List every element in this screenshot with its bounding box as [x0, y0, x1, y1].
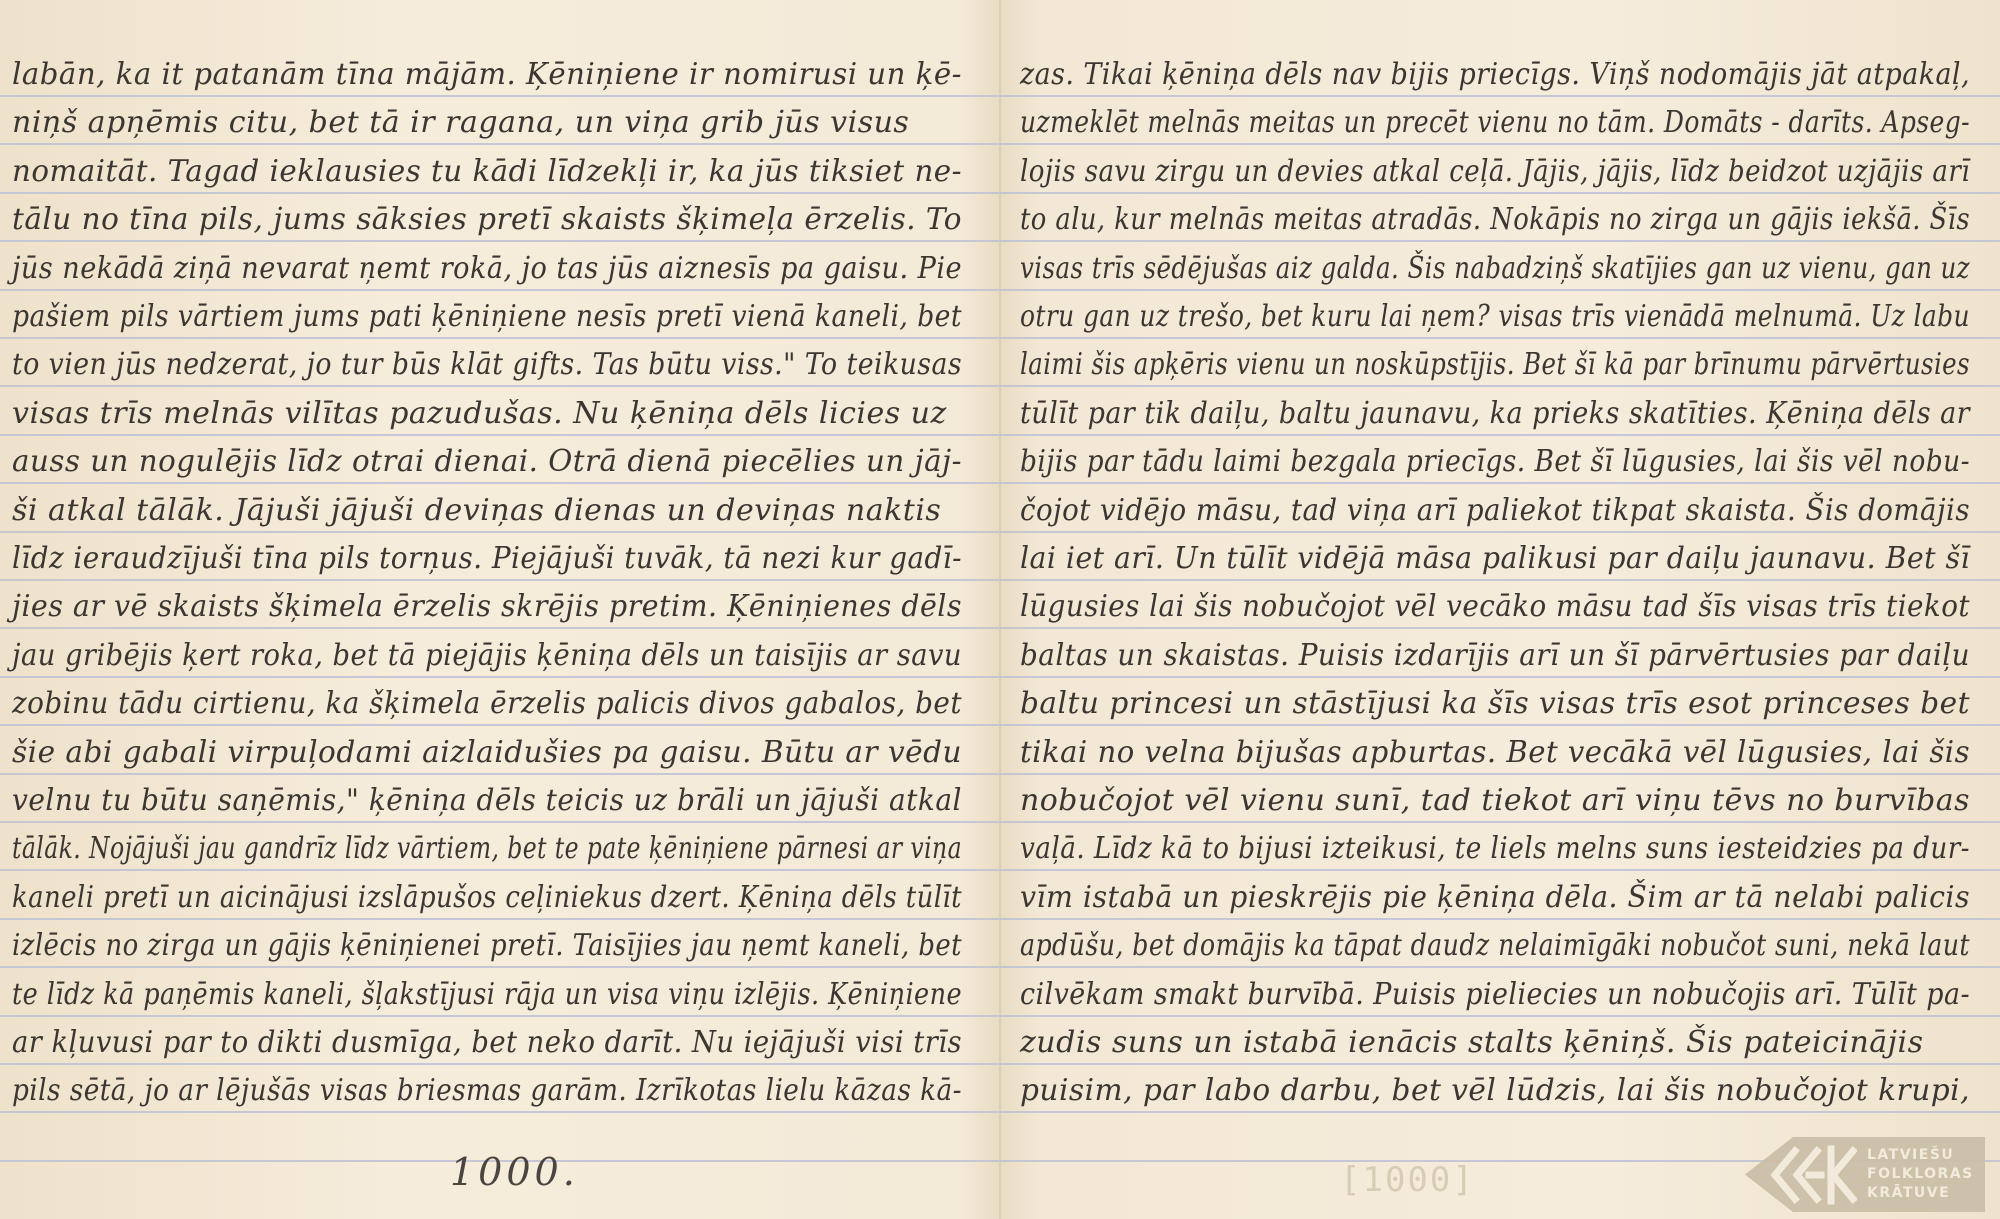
handwritten-line: čojot vidējo māsu, tad viņa arī paliekot…: [1000, 489, 1980, 533]
handwritten-line: bijis par tādu laimi bezgala priecīgs. B…: [1000, 440, 1980, 484]
handwritten-line: baltu princesi un stāstījusi ka šīs visa…: [1000, 682, 1980, 726]
handwritten-line: līdz ieraudzījuši tīna pils torņus. Piej…: [0, 537, 972, 581]
right-page: zas. Tikai ķēniņa dēls nav bijis priecīg…: [1000, 0, 2000, 1219]
line-text: niņš apņēmis citu, bet tā ir ragana, un …: [12, 101, 909, 145]
handwritten-line: to alu, kur melnās meitas atradās. Nokāp…: [1000, 198, 1980, 242]
handwritten-line: pašiem pils vārtiem jums pati ķēniņiene …: [0, 295, 972, 339]
line-text: visas trīs melnās vilītas pazudušas. Nu …: [12, 392, 947, 436]
page-number: 1000.: [450, 1150, 579, 1194]
line-text: jau gribējis ķert roka, bet tā piejājis …: [12, 634, 962, 678]
handwritten-line: tālu no tīna pils, jums sāksies pretī sk…: [0, 198, 972, 242]
lfk-watermark-logo: LATVIEŠU FOLKLORAS KRĀTUVE: [1745, 1137, 1985, 1212]
handwritten-line: jau gribējis ķert roka, bet tā piejājis …: [0, 634, 972, 678]
handwritten-line: otru gan uz trešo, bet kuru lai ņem? vis…: [1000, 295, 1980, 339]
line-text: te līdz kā paņēmis kaneli, šļakstījusi r…: [12, 973, 962, 1017]
handwritten-line: zas. Tikai ķēniņa dēls nav bijis priecīg…: [1000, 53, 1980, 97]
line-text: ar kļuvusi par to dikti dusmīga, bet nek…: [12, 1021, 962, 1065]
line-text: čojot vidējo māsu, tad viņa arī paliekot…: [1020, 489, 1970, 533]
line-text: labān, ka it patanām tīna mājām. Ķēniņie…: [12, 53, 962, 97]
lfk-logo-icon: [1765, 1145, 1857, 1205]
handwritten-line: izlēcis no zirga un gājis ķēniņienei pre…: [0, 924, 972, 968]
line-text: visas trīs sēdējušas aiz galda. Šis naba…: [1020, 247, 1970, 291]
handwritten-line: tālāk. Nojājuši jau gandrīz līdz vārtiem…: [0, 827, 972, 871]
handwritten-line: jūs nekādā ziņā nevarat ņemt rokā, jo ta…: [0, 247, 972, 291]
line-text: vīm istabā un pieskrējis pie ķēniņa dēla…: [1020, 876, 1970, 920]
handwritten-line: ši atkal tālāk. Jājuši jājuši deviņas di…: [0, 489, 972, 533]
handwritten-line: šie abi gabali virpuļodami aizlaidušies …: [0, 731, 972, 775]
line-text: izlēcis no zirga un gājis ķēniņienei pre…: [12, 924, 962, 968]
line-text: lūgusies lai šis nobučojot vēl vecāko mā…: [1020, 585, 1970, 629]
handwritten-line: te līdz kā paņēmis kaneli, šļakstījusi r…: [0, 973, 972, 1017]
line-text: baltu princesi un stāstījusi ka šīs visa…: [1020, 682, 1970, 726]
line-text: zudis suns un istabā ienācis stalts ķēni…: [1020, 1021, 1923, 1065]
handwritten-line: labān, ka it patanām tīna mājām. Ķēniņie…: [0, 53, 972, 97]
handwritten-line: tikai no velna bijušas apburtas. Bet vec…: [1000, 731, 1980, 775]
handwritten-line: pils sētā, jo ar lējušās visas briesmas …: [0, 1069, 972, 1113]
line-text: tikai no velna bijušas apburtas. Bet vec…: [1020, 731, 1970, 775]
logo-text-line3: KRĀTUVE: [1867, 1184, 1974, 1203]
handwritten-line: puisim, par labo darbu, bet vēl lūdzis, …: [1000, 1069, 1980, 1113]
line-text: otru gan uz trešo, bet kuru lai ņem? vis…: [1020, 295, 1970, 339]
line-text: jūs nekādā ziņā nevarat ņemt rokā, jo ta…: [12, 247, 962, 291]
line-text: šie abi gabali virpuļodami aizlaidušies …: [12, 731, 962, 775]
handwritten-line: to vien jūs nedzerat, jo tur būs klāt gi…: [0, 343, 972, 387]
line-text: tālāk. Nojājuši jau gandrīz līdz vārtiem…: [12, 827, 962, 871]
handwritten-line: visas trīs sēdējušas aiz galda. Šis naba…: [1000, 247, 1980, 291]
line-text: vaļā. Līdz kā to bijusi izteikusi, te li…: [1020, 827, 1970, 871]
handwritten-line: vīm istabā un pieskrējis pie ķēniņa dēla…: [1000, 876, 1980, 920]
handwritten-line: apdūšu, bet domājis ka tāpat daudz nelai…: [1000, 924, 1980, 968]
line-text: jies ar vē skaists šķimela ērzelis skrēj…: [12, 585, 962, 629]
line-text: tālu no tīna pils, jums sāksies pretī sk…: [12, 198, 962, 242]
handwritten-line: baltas un skaistas. Puisis izdarījis arī…: [1000, 634, 1980, 678]
handwritten-line: laimi šis apķēris vienu un noskūpstījis.…: [1000, 343, 1980, 387]
line-text: lojis savu zirgu un devies atkal ceļā. J…: [1020, 150, 1970, 194]
line-text: pils sētā, jo ar lējušās visas briesmas …: [12, 1069, 962, 1113]
line-text: līdz ieraudzījuši tīna pils torņus. Piej…: [12, 537, 962, 581]
handwritten-line: jies ar vē skaists šķimela ērzelis skrēj…: [0, 585, 972, 629]
line-text: bijis par tādu laimi bezgala priecīgs. B…: [1020, 440, 1970, 484]
line-text: ši atkal tālāk. Jājuši jājuši deviņas di…: [12, 489, 941, 533]
line-text: puisim, par labo darbu, bet vēl lūdzis, …: [1020, 1069, 1970, 1113]
line-text: zas. Tikai ķēniņa dēls nav bijis priecīg…: [1020, 53, 1970, 97]
logo-text-line1: LATVIEŠU: [1867, 1146, 1974, 1165]
line-text: apdūšu, bet domājis ka tāpat daudz nelai…: [1020, 924, 1970, 968]
manuscript-spread: labān, ka it patanām tīna mājām. Ķēniņie…: [0, 0, 2000, 1219]
handwritten-line: tūlīt par tik daiļu, baltu jaunavu, ka p…: [1000, 392, 1980, 436]
handwritten-line: kaneli pretī un aicinājusi izslāpušos ce…: [0, 876, 972, 920]
line-text: lai iet arī. Un tūlīt vidējā māsa paliku…: [1020, 537, 1970, 581]
line-text: cilvēkam smakt burvībā. Puisis pieliecie…: [1020, 973, 1970, 1017]
handwritten-line: lojis savu zirgu un devies atkal ceļā. J…: [1000, 150, 1980, 194]
line-text: auss un nogulējis līdz otrai dienai. Otr…: [12, 440, 962, 484]
line-text: nomaitāt. Tagad ieklausies tu kādi līdze…: [12, 150, 962, 194]
handwritten-line: niņš apņēmis citu, bet tā ir ragana, un …: [0, 101, 972, 145]
line-text: tūlīt par tik daiļu, baltu jaunavu, ka p…: [1020, 392, 1970, 436]
handwritten-line: zobinu tādu cirtienu, ka šķimela ērzelis…: [0, 682, 972, 726]
bleed-through-page-number: [1000]: [1340, 1160, 1475, 1200]
logo-text: LATVIEŠU FOLKLORAS KRĀTUVE: [1867, 1146, 1974, 1203]
handwritten-line: visas trīs melnās vilītas pazudušas. Nu …: [0, 392, 972, 436]
line-text: laimi šis apķēris vienu un noskūpstījis.…: [1020, 343, 1970, 387]
logo-text-line2: FOLKLORAS: [1867, 1165, 1974, 1184]
line-text: uzmeklēt melnās meitas un precēt vienu n…: [1020, 101, 1970, 145]
line-text: baltas un skaistas. Puisis izdarījis arī…: [1020, 634, 1970, 678]
handwritten-line: vaļā. Līdz kā to bijusi izteikusi, te li…: [1000, 827, 1980, 871]
line-text: velnu tu būtu saņēmis," ķēniņa dēls teic…: [12, 779, 962, 823]
line-text: to alu, kur melnās meitas atradās. Nokāp…: [1020, 198, 1970, 242]
line-text: to vien jūs nedzerat, jo tur būs klāt gi…: [12, 343, 962, 387]
handwritten-line: lai iet arī. Un tūlīt vidējā māsa paliku…: [1000, 537, 1980, 581]
line-text: zobinu tādu cirtienu, ka šķimela ērzelis…: [12, 682, 962, 726]
handwritten-line: uzmeklēt melnās meitas un precēt vienu n…: [1000, 101, 1980, 145]
line-text: kaneli pretī un aicinājusi izslāpušos ce…: [12, 876, 962, 920]
handwritten-line: auss un nogulējis līdz otrai dienai. Otr…: [0, 440, 972, 484]
handwritten-line: lūgusies lai šis nobučojot vēl vecāko mā…: [1000, 585, 1980, 629]
handwritten-line: zudis suns un istabā ienācis stalts ķēni…: [1000, 1021, 1980, 1065]
handwritten-line: cilvēkam smakt burvībā. Puisis pieliecie…: [1000, 973, 1980, 1017]
handwritten-line: ar kļuvusi par to dikti dusmīga, bet nek…: [0, 1021, 972, 1065]
handwritten-line: nobučojot vēl vienu sunī, tad tiekot arī…: [1000, 779, 1980, 823]
handwritten-line: velnu tu būtu saņēmis," ķēniņa dēls teic…: [0, 779, 972, 823]
line-text: nobučojot vēl vienu sunī, tad tiekot arī…: [1020, 779, 1970, 823]
left-page: labān, ka it patanām tīna mājām. Ķēniņie…: [0, 0, 1000, 1219]
handwritten-line: nomaitāt. Tagad ieklausies tu kādi līdze…: [0, 150, 972, 194]
line-text: pašiem pils vārtiem jums pati ķēniņiene …: [12, 295, 962, 339]
